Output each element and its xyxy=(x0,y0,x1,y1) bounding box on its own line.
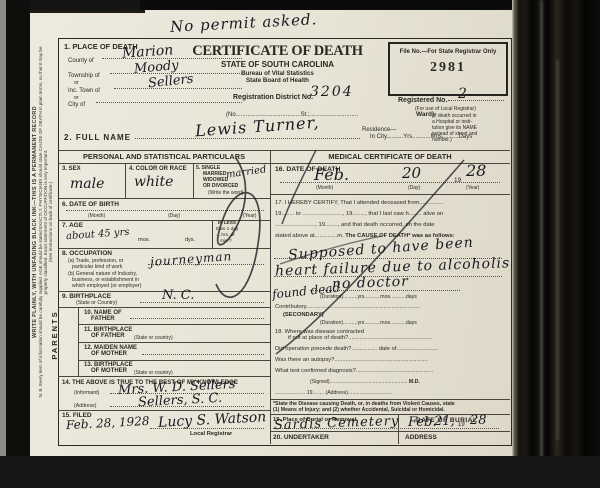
city-line xyxy=(96,102,242,103)
signed-address-line: ..................... 19........ (Addres… xyxy=(275,390,393,396)
registered-no-line xyxy=(448,100,504,101)
sex-value: male xyxy=(70,176,104,192)
registrar-use-note: (For use of Local Registrar) xyxy=(415,106,476,112)
mother-name-label-2: OF MOTHER xyxy=(91,351,127,357)
contributory-label: Contributory............................… xyxy=(275,304,421,310)
or-label-1: or xyxy=(74,80,79,86)
footnote-line-2: (1) Means of Injury; and (2) whether Acc… xyxy=(273,407,445,413)
md-label: M.D. xyxy=(409,379,420,385)
occupation-a2: particular kind of work xyxy=(72,264,122,270)
scan-bottom-shade xyxy=(0,456,600,488)
certificate-title: CERTIFICATE OF DEATH xyxy=(180,43,375,60)
occupation-b3: which employed (or employer) xyxy=(72,283,141,289)
test-question: What test confirmed diagnosis?..........… xyxy=(275,368,433,374)
divider xyxy=(58,248,270,249)
burial-date-day: 21, xyxy=(434,414,455,429)
burial-date-year: 28 xyxy=(470,413,487,428)
signed-dots: ........................................… xyxy=(330,379,408,385)
dob-year-hint: (Year) xyxy=(243,213,256,219)
divider xyxy=(58,376,270,377)
divider xyxy=(193,163,194,198)
signed-hint: (Signed) xyxy=(310,379,330,385)
registered-no-value: 2 xyxy=(458,86,467,102)
marital-label-4: OR DIVORCED xyxy=(203,183,238,189)
dod-line xyxy=(280,182,500,183)
birthplace-value: N. C. xyxy=(162,288,194,303)
scan-right-edge xyxy=(512,0,600,488)
burial-date-year-prefix: 19 xyxy=(458,422,465,428)
divider xyxy=(125,163,126,198)
certificate-paper: WRITE PLAINLY, WITH UNFADING BLACK INK—T… xyxy=(30,10,512,456)
margin-note: N. B. Every item of information should b… xyxy=(38,42,48,402)
signed-line: (Signed)................................… xyxy=(310,379,420,385)
scan-streak xyxy=(556,60,559,440)
dod-month-hint: (Month) xyxy=(316,185,333,191)
informant-hint: (Informant) xyxy=(74,390,99,396)
divider xyxy=(78,324,270,325)
marital-hint: (Write the word) xyxy=(208,190,243,196)
medical-section-title: MEDICAL CERTIFICATE OF DEATH xyxy=(270,152,510,161)
duration-line-1: (Duration)..........yrs...........mos...… xyxy=(320,294,417,300)
certify-line-2: 19........ to .........................,… xyxy=(275,211,443,217)
residence-line: In City..........Yrs...........Mos......… xyxy=(370,134,472,140)
undertaker-address-label: ADDRESS xyxy=(405,434,437,441)
signed-address-dots: ............................... xyxy=(348,390,393,396)
parents-label: PARENTS xyxy=(50,300,59,370)
county-label: County of xyxy=(68,58,94,64)
age-less-3: ....hrs. or xyxy=(216,233,235,238)
board-line: State Board of Health xyxy=(180,77,375,84)
file-number: 2981 xyxy=(390,60,506,76)
birthplace-line xyxy=(140,302,264,303)
registered-no-label: Registered No. xyxy=(398,97,447,104)
dod-year-hint: (Year) xyxy=(466,185,479,191)
dob-line xyxy=(66,210,264,211)
signed-year-blank: ..................... 19........ xyxy=(275,390,324,396)
mother-bp-label-2: OF MOTHER xyxy=(91,368,127,374)
divider xyxy=(78,342,270,343)
registrar-title: Local Registrar xyxy=(190,431,232,437)
scan-left-black-band xyxy=(6,0,30,488)
dob-month-hint: (Month) xyxy=(88,213,105,219)
divider xyxy=(58,307,270,308)
age-dys-label: dys. xyxy=(185,237,195,243)
birthplace-hint: (State or Country) xyxy=(76,300,117,306)
age-mos-label: mos. xyxy=(138,237,150,243)
father-bp-label-2: OF FATHER xyxy=(91,333,125,339)
divider xyxy=(212,220,213,248)
bureau-line: Bureau of Vital Statistics xyxy=(180,70,375,77)
certify-line-1: 17. I HEREBY CERTIFY, That I attended de… xyxy=(275,200,443,206)
age-less-4: min.? xyxy=(220,239,232,244)
divider xyxy=(58,150,510,151)
divider xyxy=(270,431,510,432)
scanned-death-certificate: WRITE PLAINLY, WITH UNFADING BLACK INK—T… xyxy=(0,0,600,488)
certify-line-3: ........................., 19........, a… xyxy=(275,222,435,228)
certify-line-4a: stated above at..............m. xyxy=(275,233,344,239)
handwritten-top-note: No permit asked. xyxy=(170,10,318,36)
informant-address-hint: (Address) xyxy=(74,403,97,409)
sex-label: 3. SEX xyxy=(62,166,81,172)
dob-day-hint: (Day) xyxy=(168,213,180,219)
dod-year-value: 28 xyxy=(466,161,486,180)
file-number-box: File No.—For State Registrar Only 2981 xyxy=(388,42,508,96)
burial-date-month: Feb. xyxy=(408,415,436,430)
divider xyxy=(270,399,510,400)
inc-town-label: Inc. Town of xyxy=(68,88,100,94)
father-name-label-2: FATHER xyxy=(91,316,115,322)
race-value: white xyxy=(134,174,173,190)
full-name-label: 2. FULL NAME xyxy=(64,133,131,142)
duration-line-2: (Duration)..........yrs...........mos...… xyxy=(320,320,417,326)
q18-line-2: if not at place of death?...............… xyxy=(288,335,432,341)
occupation-label: 8. OCCUPATION xyxy=(62,250,112,257)
or-label-2: or xyxy=(74,95,79,101)
age-less-1: IF LESS xyxy=(218,221,236,226)
undertaker-label: 20. UNDERTAKER xyxy=(273,434,329,441)
reg-district-value: 3204 xyxy=(310,84,354,100)
race-label: 4. COLOR OR RACE xyxy=(129,166,187,172)
reg-district-label: Registration District No. xyxy=(233,94,313,101)
city-label: City of xyxy=(68,102,85,108)
signed-address-hint: (Address) xyxy=(325,390,348,396)
township-label: Township of xyxy=(68,73,100,79)
file-box-label: File No.—For State Registrar Only xyxy=(390,49,506,55)
divider xyxy=(78,360,270,361)
age-less-2: than 1 day xyxy=(216,227,238,232)
operation-question: Did operation precede death?............… xyxy=(275,346,438,352)
divider xyxy=(398,414,399,444)
age-label: 7. AGE xyxy=(62,222,83,229)
dod-day-hint: (Day) xyxy=(408,185,420,191)
secondary-label: (SECONDARY) xyxy=(283,312,324,318)
full-name-line xyxy=(135,138,360,139)
dob-label: 6. DATE OF BIRTH xyxy=(62,201,119,208)
state-line: STATE OF SOUTH CAROLINA xyxy=(180,60,375,69)
father-bp-hint: (State or country) xyxy=(134,335,173,341)
residence-label: Residence— xyxy=(362,127,396,133)
birthplace-label: 9. BIRTHPLACE xyxy=(62,293,111,300)
divider xyxy=(58,220,270,221)
divider xyxy=(270,194,510,195)
scan-artifact-line xyxy=(30,10,145,13)
scan-streak xyxy=(540,0,543,488)
divider xyxy=(58,198,270,199)
dod-day-value: 20 xyxy=(402,164,421,182)
father-name-line xyxy=(130,318,264,319)
mother-name-line xyxy=(142,354,264,355)
personal-section-title: PERSONAL AND STATISTICAL PARTICULARS xyxy=(58,152,270,161)
autopsy-question: Was there an autopsy?...................… xyxy=(275,357,428,363)
